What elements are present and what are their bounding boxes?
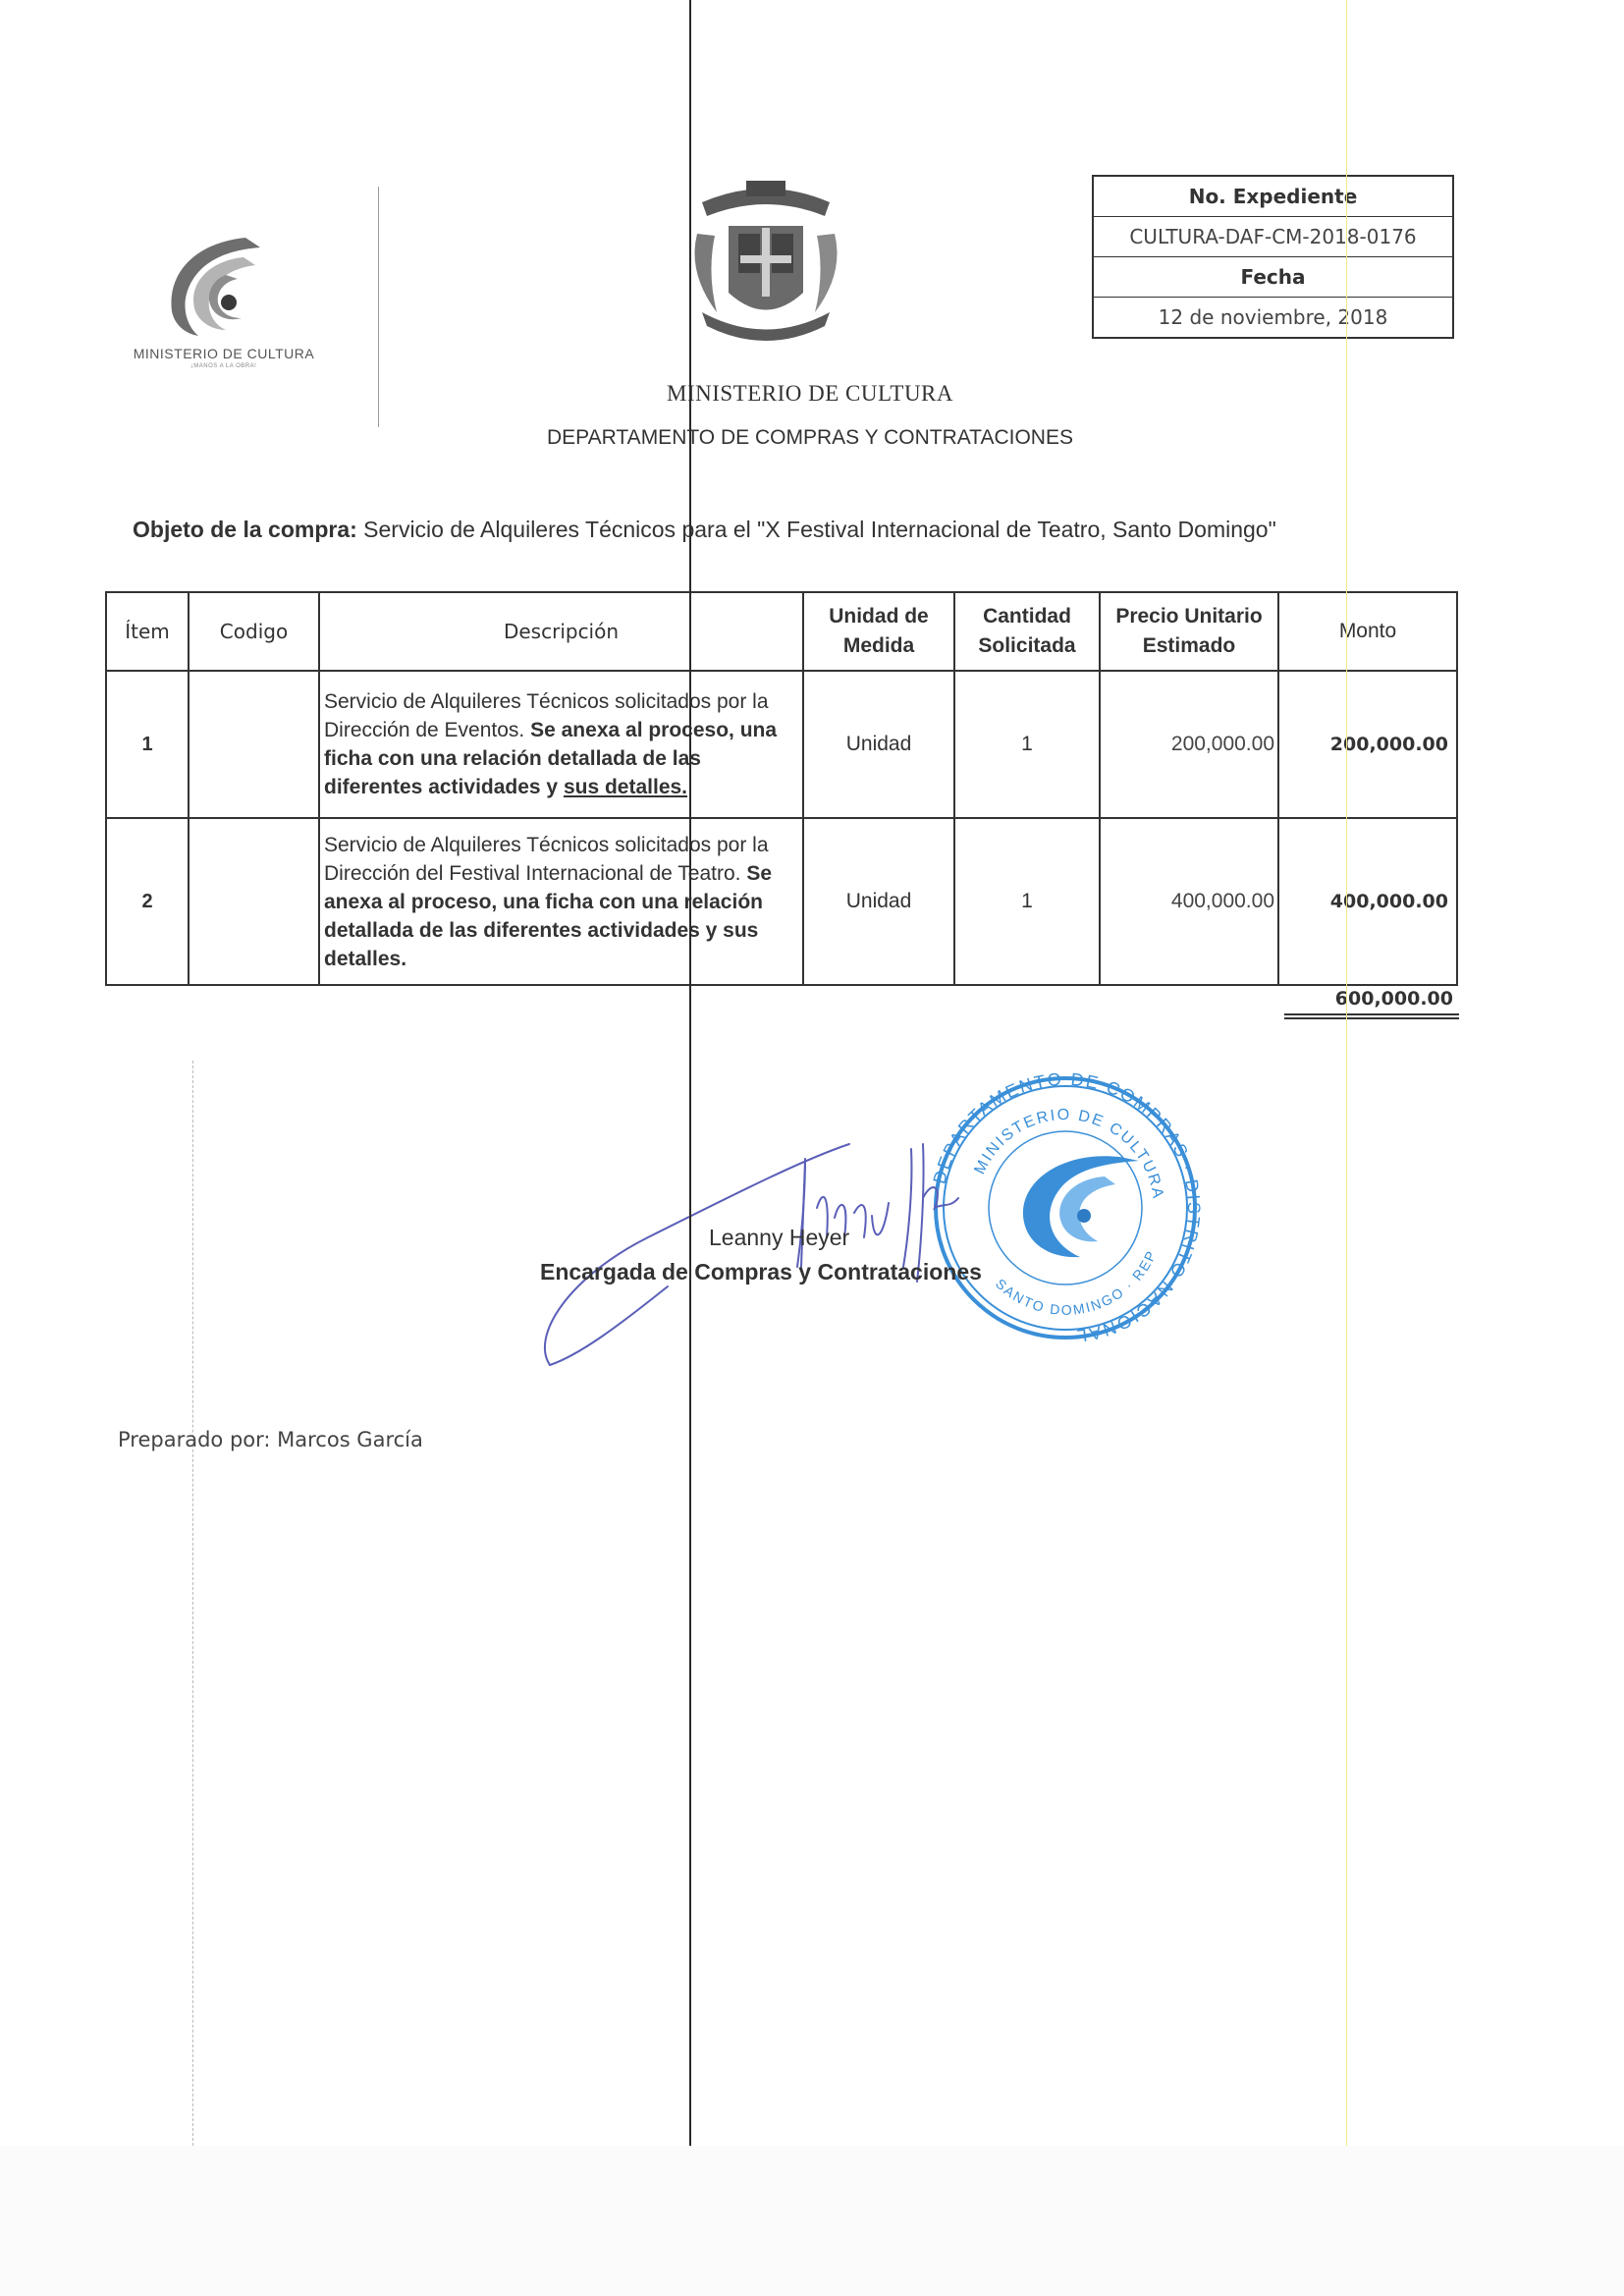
- row-description: Servicio de Alquileres Técnicos solicita…: [319, 818, 803, 985]
- expediente-box: No. Expediente CULTURA-DAF-CM-2018-0176 …: [1092, 175, 1454, 339]
- header-unidad-line1: Unidad de: [829, 605, 929, 628]
- row-description-regular: Servicio de Alquileres Técnicos solicita…: [324, 834, 769, 885]
- ministry-title: MINISTERIO DE CULTURA: [432, 381, 1188, 407]
- header-codigo: Codigo: [189, 592, 319, 671]
- purpose-text: Servicio de Alquileres Técnicos para el …: [357, 517, 1276, 542]
- row-precio-unitario: 400,000.00: [1100, 818, 1278, 985]
- total-double-underline: [1284, 1013, 1459, 1019]
- logo-label: MINISTERIO DE CULTURA: [126, 346, 322, 361]
- purchase-purpose: Objeto de la compra: Servicio de Alquile…: [133, 517, 1276, 543]
- scan-bottom-margin: [0, 2146, 1624, 2296]
- header-monto: Monto: [1278, 592, 1457, 671]
- dominican-republic-coat-of-arms-icon: [668, 165, 864, 352]
- scan-artifact-yellow-line: [1346, 0, 1347, 2146]
- header-precio: Precio Unitario Estimado: [1100, 592, 1278, 671]
- row-item-number: 1: [106, 671, 189, 818]
- items-table: Ítem Codigo Descripción Unidad de Medida…: [105, 591, 1458, 986]
- department-title: DEPARTAMENTO DE COMPRAS Y CONTRATACIONES: [432, 426, 1188, 450]
- row-cantidad: 1: [954, 671, 1100, 818]
- row-codigo: [189, 671, 319, 818]
- expediente-number-value: CULTURA-DAF-CM-2018-0176: [1094, 217, 1452, 257]
- row-monto: 200,000.00: [1278, 671, 1457, 818]
- header-unidad-line2: Medida: [843, 634, 914, 657]
- row-precio-unitario: 200,000.00: [1100, 671, 1278, 818]
- expediente-number-label: No. Expediente: [1094, 177, 1452, 217]
- row-unidad: Unidad: [803, 818, 954, 985]
- row-monto: 400,000.00: [1278, 818, 1457, 985]
- official-stamp-icon: DEPARTAMENTO DE COMPRAS · DISTRITO NACIO…: [511, 1041, 1218, 1394]
- expediente-date-label: Fecha: [1094, 257, 1452, 298]
- header-precio-line1: Precio Unitario: [1115, 605, 1262, 628]
- row-description-underlined: sus detalles.: [564, 776, 687, 798]
- handwritten-signature-icon: [545, 1144, 958, 1365]
- header-cantidad-line1: Cantidad: [983, 605, 1071, 628]
- row-item-number: 2: [106, 818, 189, 985]
- header-divider: [378, 187, 379, 427]
- prepared-by: Preparado por: Marcos García: [118, 1428, 423, 1451]
- scan-artifact-vertical-line: [689, 0, 691, 2146]
- logo-slogan: ¡MANOS A LA OBRA!: [126, 363, 322, 369]
- purpose-label: Objeto de la compra:: [133, 517, 357, 542]
- header-cantidad: Cantidad Solicitada: [954, 592, 1100, 671]
- table-row: 2 Servicio de Alquileres Técnicos solici…: [106, 818, 1457, 985]
- header-item: Ítem: [106, 592, 189, 671]
- scan-artifact-dashed-line: [192, 1061, 193, 2146]
- table-header-row: Ítem Codigo Descripción Unidad de Medida…: [106, 592, 1457, 671]
- row-codigo: [189, 818, 319, 985]
- row-unidad: Unidad: [803, 671, 954, 818]
- header-cantidad-line2: Solicitada: [978, 634, 1075, 657]
- grand-total: 600,000.00: [1276, 985, 1453, 1010]
- signature-and-stamp: DEPARTAMENTO DE COMPRAS · DISTRITO NACIO…: [511, 1041, 1218, 1394]
- expediente-date-value: 12 de noviembre, 2018: [1094, 298, 1452, 337]
- header-unidad: Unidad de Medida: [803, 592, 954, 671]
- stamp-inner-text: MINISTERIO DE CULTURA: [971, 1107, 1165, 1201]
- header-descripcion: Descripción: [319, 592, 803, 671]
- header-precio-line2: Estimado: [1143, 634, 1236, 657]
- signer-name: Leanny Heyer: [709, 1225, 849, 1251]
- row-description: Servicio de Alquileres Técnicos solicita…: [319, 671, 803, 818]
- table-row: 1 Servicio de Alquileres Técnicos solici…: [106, 671, 1457, 818]
- svg-text:MINISTERIO DE CULTURA: MINISTERIO DE CULTURA: [971, 1107, 1165, 1201]
- row-cantidad: 1: [954, 818, 1100, 985]
- signer-title: Encargada de Compras y Contrataciones: [540, 1259, 982, 1285]
